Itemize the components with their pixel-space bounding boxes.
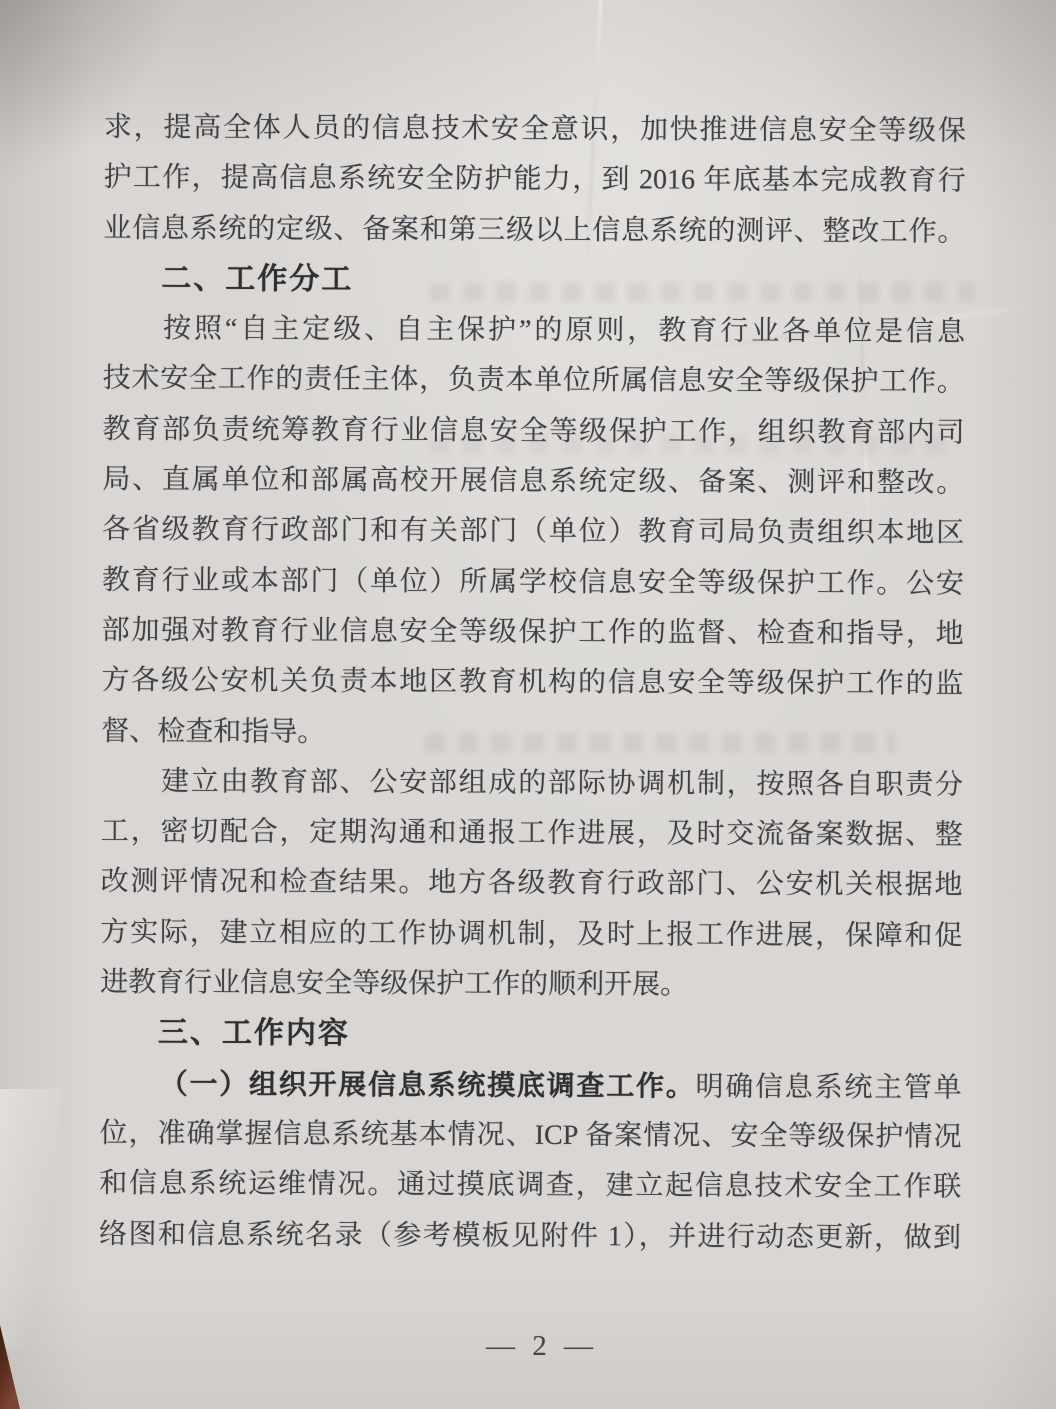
text-line: 部加强对教育行业信息安全等级保护工作的监督、检查和指导，地: [102, 606, 964, 660]
text-line: 位，准确掌握信息系统基本情况、ICP 备案情况、安全等级保护情况: [99, 1109, 961, 1163]
text-line: 工，密切配合，定期沟通和通报工作进展，及时交流备案数据、整: [101, 807, 963, 861]
text-line: 改测评情况和检查结果。地方各级教育行政部门、公安机关根据地: [100, 857, 962, 911]
section-heading: 三、工作内容: [100, 1008, 962, 1062]
text-line: 各省级教育行政部门和有关部门（单位）教育司局负责组织本地区: [102, 505, 964, 559]
text-line: 进教育行业信息安全等级保护工作的顺利开展。: [100, 958, 962, 1012]
text-line: 按照“自主定级、自主保护”的原则，教育行业各单位是信息: [103, 304, 965, 358]
text-line: 教育部负责统筹教育行业信息安全等级保护工作，组织教育部内司: [102, 405, 964, 459]
bold-lead-text: （一）组织开展信息系统摸底调查工作。: [160, 1067, 696, 1102]
text-line: 方各级公安机关负责本地区教育机构的信息安全等级保护工作的监: [101, 656, 963, 710]
text-line: 护工作，提高信息系统安全防护能力，到 2016 年底基本完成教育行: [104, 153, 966, 207]
lifted-paper-corner: [0, 1089, 60, 1349]
text-line: 方实际，建立相应的工作协调机制，及时上报工作进展，保障和促: [100, 908, 962, 962]
text-layer: 求，提高全体人员的信息技术安全意识，加快推进信息安全等级保护工作，提高信息系统安…: [99, 103, 966, 1264]
text-line: 建立由教育部、公安部组成的部际协调机制，按照各自职责分: [101, 757, 963, 811]
page-number: — 2 —: [0, 1330, 1056, 1363]
text-line: 督、检查和指导。: [101, 707, 963, 761]
text-line: （一）组织开展信息系统摸底调查工作。明确信息系统主管单: [100, 1059, 962, 1113]
document-photo: 求，提高全体人员的信息技术安全意识，加快推进信息安全等级保护工作，提高信息系统安…: [0, 0, 1056, 1409]
section-heading: 二、工作分工: [103, 254, 965, 308]
text-line: 和信息系统运维情况。通过摸底调查，建立起信息技术安全工作联: [99, 1159, 961, 1213]
text-line: 业信息系统的定级、备案和第三级以上信息系统的测评、整改工作。: [103, 204, 965, 258]
text-line: 局、直属单位和部属高校开展信息系统定级、备案、测评和整改。: [102, 455, 964, 509]
text-line: 教育行业或本部门（单位）所属学校信息安全等级保护工作。公安: [102, 556, 964, 610]
text-line: 络图和信息系统名录（参考模板见附件 1），并进行动态更新，做到: [99, 1210, 961, 1264]
text-line: 技术安全工作的责任主体，负责本单位所属信息安全等级保护工作。: [103, 354, 965, 408]
text-line: 求，提高全体人员的信息技术安全意识，加快推进信息安全等级保: [104, 103, 966, 157]
